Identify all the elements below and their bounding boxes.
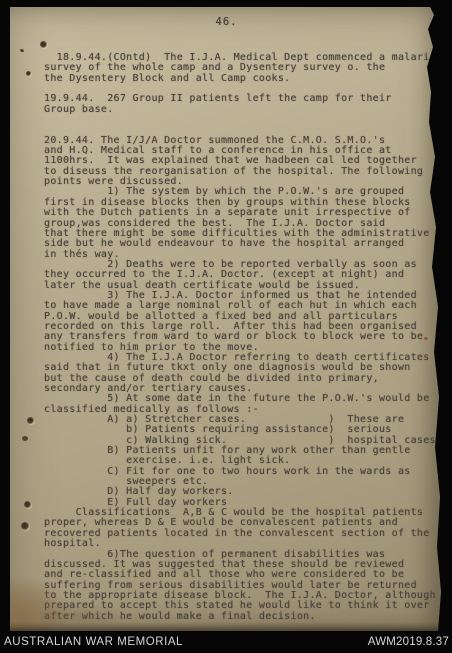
pin-hole: [27, 417, 34, 424]
paper-speck: [22, 436, 28, 441]
pin-hole: [40, 41, 47, 48]
pin-hole: [24, 501, 31, 508]
paper-speck: [424, 337, 428, 340]
document-page: 46. 18.9.44.(COntd) The I.J.A. Medical D…: [10, 7, 443, 631]
caption-bar: AUSTRALIAN WAR MEMORIAL AWM2019.8.37: [0, 631, 452, 653]
bottom-stain: [40, 603, 130, 629]
reference-number: AWM2019.8.37: [368, 636, 449, 648]
archival-photo: { "colors": { "paper": "#b6ab8e", "ink":…: [0, 0, 452, 653]
typewritten-text: 18.9.44.(COntd) The I.J.A. Medical Dept …: [10, 53, 442, 622]
page-number: 46.: [10, 16, 443, 28]
institution-label: AUSTRALIAN WAR MEMORIAL: [4, 636, 183, 648]
pin-hole: [21, 522, 29, 530]
pin-hole: [26, 71, 31, 76]
